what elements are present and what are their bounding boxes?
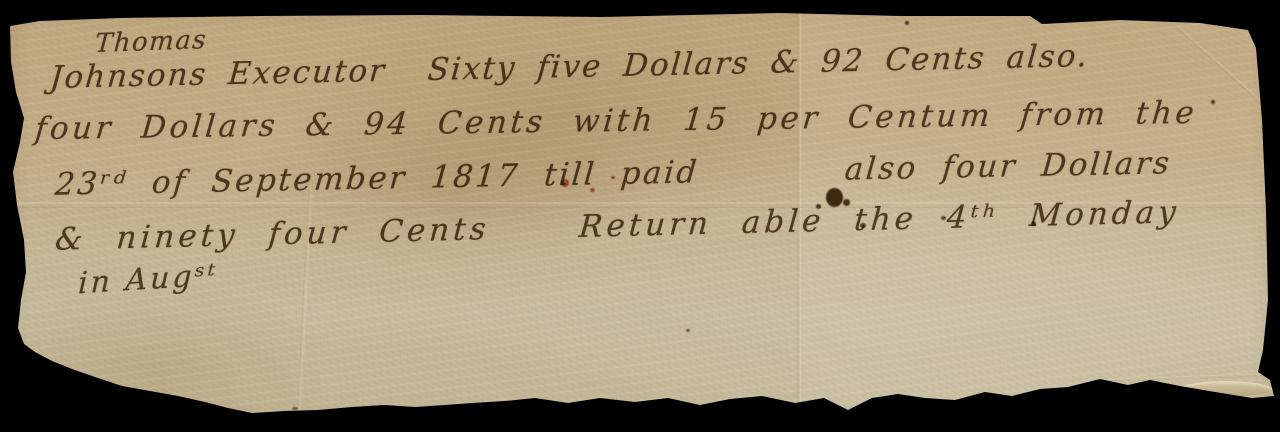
paper-sheet: Thomas Johnsons Executor Sixty five Doll… [0, 0, 1280, 432]
inserted-word: Thomas [94, 25, 208, 59]
manuscript-line-5: in Augˢᵗ [77, 258, 218, 302]
ink-speck [905, 21, 909, 25]
paper-speck [292, 407, 298, 410]
ink-speck [1211, 100, 1215, 104]
scanned-document: Thomas Johnsons Executor Sixty five Doll… [0, 0, 1280, 432]
paper-speck [686, 329, 690, 332]
